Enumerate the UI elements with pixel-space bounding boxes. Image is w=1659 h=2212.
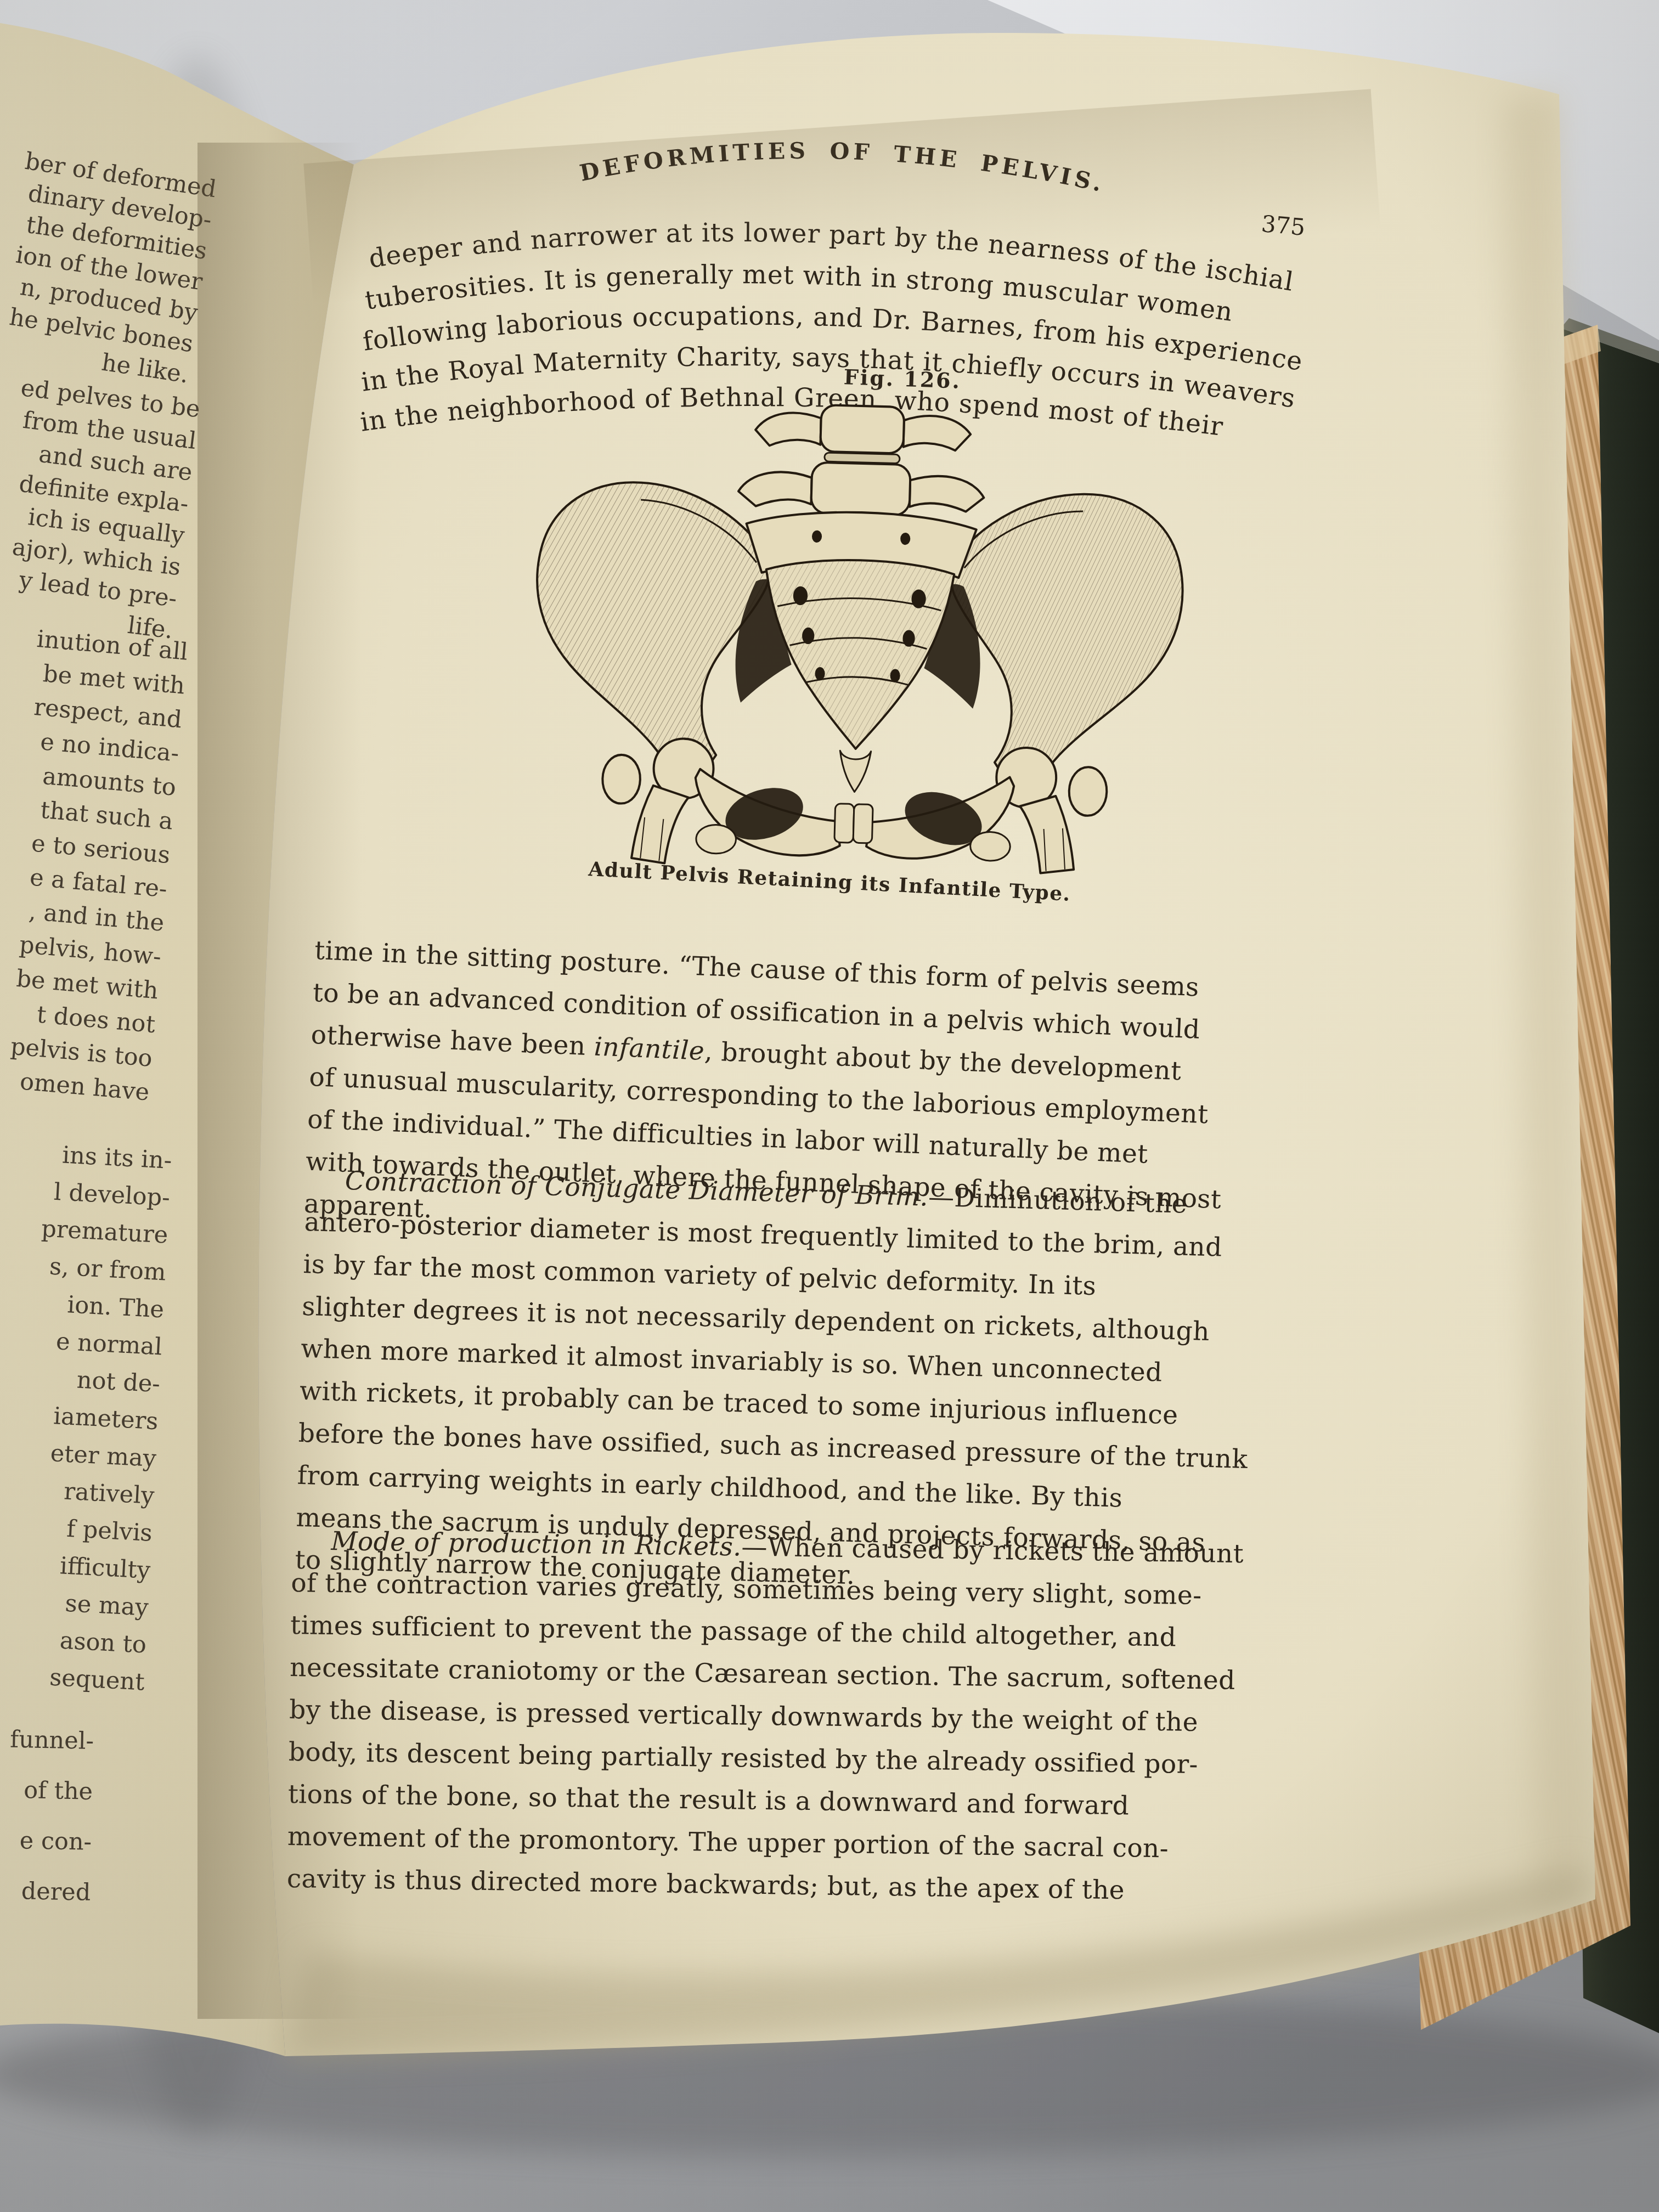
- paragraph-mode-of-production-in-rickets: Mode of production in Rickets.—When caus…: [286, 1520, 1244, 1913]
- text-line: dered: [0, 1860, 91, 1918]
- pelvis-figure: [499, 382, 1208, 885]
- text-line: e con-: [0, 1810, 92, 1867]
- left-page-fragment-block: ed pelves to befrom the usualand such ar…: [0, 352, 202, 646]
- running-head: DEFORMITIES OF THE PELVIS.: [578, 138, 1108, 198]
- lumbar-vertebrae: [738, 403, 986, 527]
- pubic-symphysis: [834, 804, 873, 843]
- text-line: funnel-: [0, 1709, 94, 1767]
- page-number: 375: [1260, 210, 1306, 241]
- italic-word: infantile: [594, 1031, 705, 1066]
- italic-lead: Mode of production in Rickets.: [331, 1526, 742, 1562]
- left-page-fragment-block: ins its in-l develop-prematures, or from…: [0, 1125, 173, 1701]
- text-line: of the: [0, 1759, 93, 1817]
- left-page-fragment-block: funnel-of thee con-dered: [0, 1709, 94, 1918]
- figure-label: Fig. 126.: [843, 364, 961, 393]
